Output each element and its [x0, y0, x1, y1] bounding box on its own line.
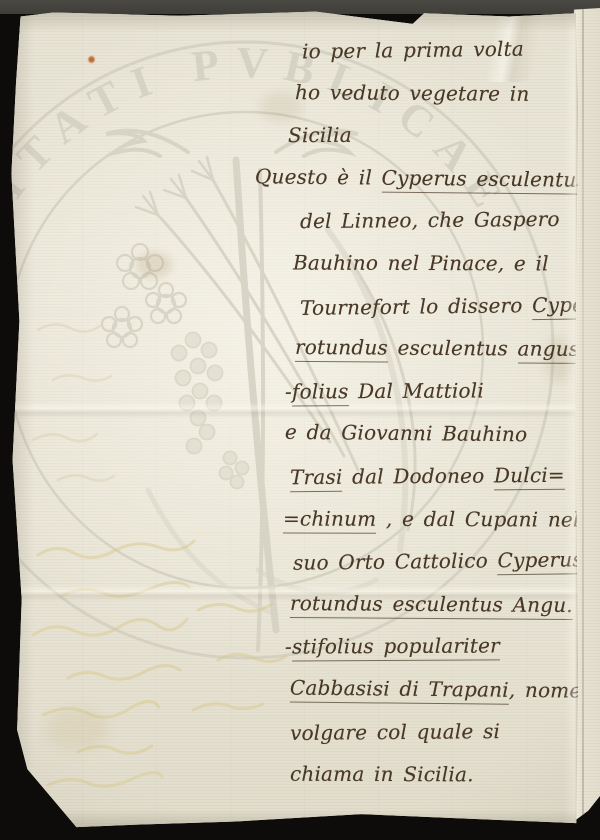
manuscript-line: Tournefort lo dissero Cyperus	[300, 292, 600, 320]
manuscript-segment: ho veduto vegetare in	[295, 80, 530, 106]
manuscript-line: suo Orto Cattolico Cyperus	[293, 547, 583, 575]
manuscript-segment: dal Dodoneo	[342, 463, 494, 488]
manuscript-text: io per la prima voltaho veduto vegetare …	[255, 38, 585, 808]
manuscript-segment: Bauhino nel Pinace, e il	[293, 251, 549, 276]
manuscript-segment: Questo è il	[255, 164, 382, 189]
manuscript-line: volgare col quale si	[290, 719, 500, 745]
manuscript-segment: io per la prima volta	[302, 37, 524, 64]
manuscript-line: =chinum , e dal Cupani nel,	[283, 506, 586, 531]
manuscript-line: -folius Dal Mattioli	[285, 378, 484, 403]
manuscript-line: Sicilia	[288, 123, 352, 147]
manuscript-page: PROSPERITATI PVBLICAE	[8, 10, 578, 828]
manuscript-line: del Linneo, che Gaspero	[300, 207, 560, 233]
manuscript-segment: volgare col quale si	[290, 719, 500, 745]
manuscript-segment: Trasi	[290, 465, 343, 492]
manuscript-segment: e da Giovanni Bauhino	[285, 420, 528, 447]
manuscript-segment: stifolius populariter	[292, 634, 500, 662]
manuscript-segment: Dal Mattioli	[349, 378, 485, 403]
manuscript-segment: Cyperus	[497, 547, 583, 575]
manuscript-segment: rotundus	[295, 335, 388, 363]
manuscript-line: Questo è il Cyperus esculentus	[255, 164, 587, 191]
manuscript-segment: esculentus	[388, 336, 518, 361]
scanned-manuscript: { "watermark": { "seal_text": "PROSPERIT…	[0, 0, 600, 840]
manuscript-segment: Cyperus esculentus	[381, 165, 587, 194]
manuscript-segment: Dulci=	[494, 463, 565, 491]
manuscript-line: Bauhino nel Pinace, e il	[293, 251, 549, 276]
manuscript-segment: , e dal Cupani nel,	[376, 506, 586, 531]
manuscript-line: e da Giovanni Bauhino	[285, 420, 528, 447]
manuscript-line: -stifolius populariter	[285, 634, 500, 659]
manuscript-line: Trasi dal Dodoneo Dulci=	[290, 463, 565, 489]
manuscript-segment: Cabbasisi di Trapani	[290, 675, 509, 704]
manuscript-segment: chiama in Sicilia.	[290, 762, 474, 787]
manuscript-line: Cabbasisi di Trapani, nome	[290, 675, 582, 702]
manuscript-line: rotundus esculentus Angu.	[290, 591, 573, 617]
manuscript-segment: folius	[292, 379, 349, 406]
manuscript-line: io per la prima volta	[302, 37, 524, 64]
manuscript-segment: rotundus esculentus Angu.	[290, 591, 573, 620]
manuscript-segment: =chinum	[283, 506, 376, 533]
manuscript-segment: -	[285, 379, 292, 403]
manuscript-line: chiama in Sicilia.	[290, 762, 474, 787]
scanner-bed-top	[0, 0, 600, 14]
manuscript-segment: suo Orto Cattolico	[293, 548, 498, 574]
manuscript-segment: Sicilia	[288, 123, 352, 147]
manuscript-segment: Tournefort lo dissero	[300, 293, 532, 320]
manuscript-segment: , nome	[509, 678, 582, 703]
manuscript-line: ho veduto vegetare in	[295, 80, 530, 106]
manuscript-segment: del Linneo, che Gaspero	[300, 207, 560, 233]
manuscript-line: rotundus esculentus angusti=	[295, 335, 600, 361]
